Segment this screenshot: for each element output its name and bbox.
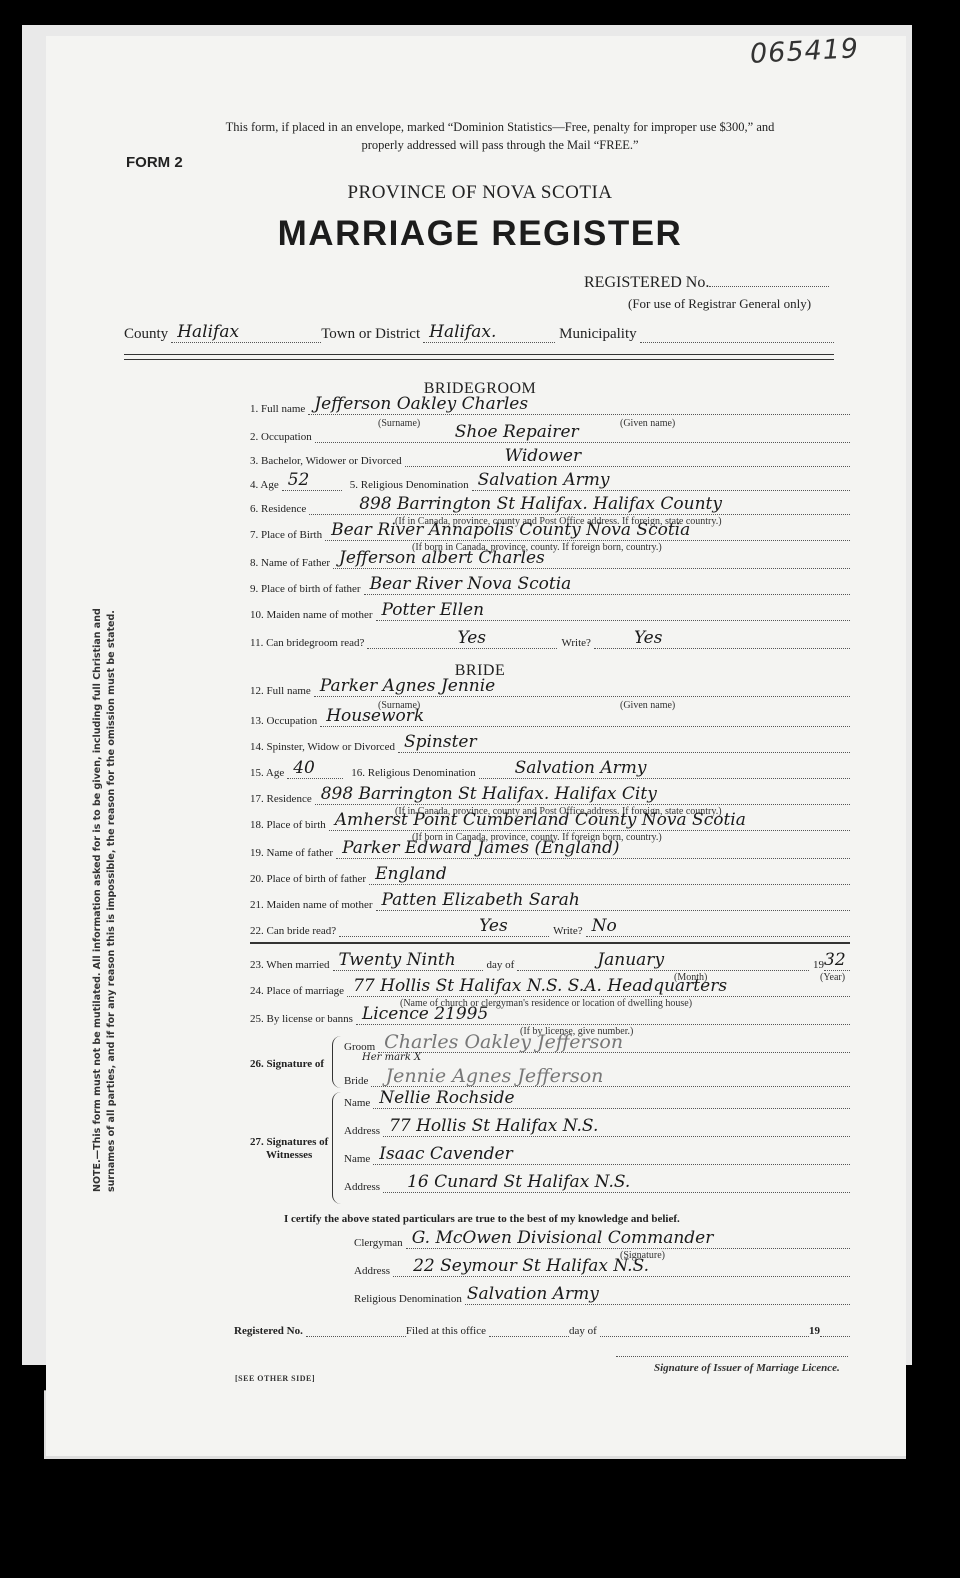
registered-number-label: REGISTERED No. <box>584 274 709 291</box>
groom-full-name-row: 1. Full name Jefferson Oakley Charles <box>250 400 850 415</box>
registered-number-field[interactable] <box>709 286 829 287</box>
bride-father-label: 19. Name of father <box>250 847 336 859</box>
witness-1-name-row: Name Nellie Rochside <box>344 1094 850 1109</box>
clergy-religion-row: Religious Denomination Salvation Army <box>354 1290 850 1305</box>
certification-statement: I certify the above stated particulars a… <box>284 1213 680 1225</box>
witness-2-address-label: Address <box>344 1181 383 1193</box>
bride-write-field[interactable]: No <box>586 922 850 937</box>
groom-father-birthplace-row: 9. Place of birth of father Bear River N… <box>250 580 850 595</box>
groom-occupation-field[interactable]: Shoe Repairer <box>315 428 850 443</box>
bride-read-field[interactable]: Yes <box>339 922 549 937</box>
clergyman-row: Clergyman G. McOwen Divisional Commander <box>354 1234 850 1249</box>
bride-status-label: 14. Spinster, Widow or Divorced <box>250 741 398 753</box>
clergy-address-label: Address <box>354 1265 393 1277</box>
groom-full-name-field[interactable]: Jefferson Oakley Charles <box>308 400 850 415</box>
clergy-religion-field[interactable]: Salvation Army <box>465 1290 850 1305</box>
municipality-field[interactable] <box>640 324 834 343</box>
license-label: 25. By license or banns <box>250 1013 356 1025</box>
registrar-note: (For use of Registrar General only) <box>628 296 811 312</box>
groom-birthplace-field[interactable]: Bear River Annapolis County Nova Scotia <box>325 526 850 541</box>
groom-signature-row: Groom Charles Oakley Jefferson <box>344 1038 850 1053</box>
groom-father-field[interactable]: Jefferson albert Charles <box>333 554 850 569</box>
clergyman-signature-field[interactable]: G. McOwen Divisional Commander <box>406 1234 850 1249</box>
bride-birthplace-field[interactable]: Amherst Point Cumberland County Nova Sco… <box>329 816 850 831</box>
bride-write-label: Write? <box>549 925 585 937</box>
bride-birthplace-label: 18. Place of birth <box>250 819 329 831</box>
see-other-side-note: [SEE OTHER SIDE] <box>235 1374 315 1383</box>
groom-residence-field[interactable]: 898 Barrington St Halifax. Halifax Count… <box>309 500 850 515</box>
bride-given-name-caption: (Given name) <box>620 700 675 711</box>
groom-birthplace-row: 7. Place of Birth Bear River Annapolis C… <box>250 526 850 541</box>
bride-age-label: 15. Age <box>250 767 287 779</box>
bride-signature-field[interactable]: Jennie Agnes Jefferson <box>371 1072 850 1087</box>
filed-label: Filed at this office <box>406 1325 489 1337</box>
bride-father-birthplace-field[interactable]: England <box>369 870 850 885</box>
bride-occupation-row: 13. Occupation Housework <box>250 712 850 727</box>
when-married-label: 23. When married <box>250 959 333 971</box>
county-label: County <box>124 326 171 343</box>
location-row: County Halifax Town or District Halifax.… <box>124 324 834 343</box>
bride-residence-field[interactable]: 898 Barrington St Halifax. Halifax City <box>315 790 850 805</box>
mail-notice-line-1: This form, if placed in an envelope, mar… <box>120 118 880 136</box>
filed-year-field[interactable] <box>820 1322 850 1337</box>
clergyman-label: Clergyman <box>354 1237 406 1249</box>
day-of-label: day of <box>483 959 518 971</box>
bride-mother-label: 21. Maiden name of mother <box>250 899 376 911</box>
groom-read-label: 11. Can bridegroom read? <box>250 637 367 649</box>
groom-age-religion-row: 4. Age 52 5. Religious Denomination Salv… <box>250 476 850 491</box>
groom-father-birthplace-field[interactable]: Bear River Nova Scotia <box>364 580 850 595</box>
groom-literacy-row: 11. Can bridegroom read? Yes Write? Yes <box>250 634 850 649</box>
form-number: FORM 2 <box>126 154 183 171</box>
groom-mother-label: 10. Maiden name of mother <box>250 609 376 621</box>
bride-religion-label: 16. Religious Denomination <box>343 767 478 779</box>
groom-write-field[interactable]: Yes <box>594 634 850 649</box>
groom-status-row: 3. Bachelor, Widower or Divorced Widower <box>250 452 850 467</box>
groom-read-field[interactable]: Yes <box>367 634 557 649</box>
side-note-line-2: surnames of all parties, and if for any … <box>105 552 119 1192</box>
bride-mark-note: Her mark X <box>362 1052 421 1063</box>
bride-section-divider <box>250 942 850 944</box>
groom-signature-field[interactable]: Charles Oakley Jefferson <box>378 1038 850 1053</box>
marriage-month-field[interactable]: January <box>517 956 809 971</box>
groom-father-birthplace-label: 9. Place of birth of father <box>250 583 364 595</box>
office-registered-no-label: Registered No. <box>234 1325 306 1337</box>
witness-1-address-label: Address <box>344 1125 383 1137</box>
bride-full-name-row: 12. Full name Parker Agnes Jennie <box>250 682 850 697</box>
bride-age-religion-row: 15. Age 40 16. Religious Denomination Sa… <box>250 764 850 779</box>
side-note: NOTE.—This form must not be mutilated. A… <box>91 552 119 1192</box>
license-field[interactable]: Licence 21995 <box>356 1010 850 1025</box>
town-field[interactable]: Halifax. <box>423 324 555 343</box>
when-married-row: 23. When married Twenty Ninth day of Jan… <box>250 956 850 971</box>
groom-residence-row: 6. Residence 898 Barrington St Halifax. … <box>250 500 850 515</box>
issuer-signature-field[interactable] <box>616 1356 848 1357</box>
bride-father-birthplace-label: 20. Place of birth of father <box>250 873 369 885</box>
office-day-of-label: day of <box>569 1325 600 1337</box>
witnesses-label: 27. Signatures of Witnesses <box>250 1136 328 1162</box>
witness-2-address-row: Address 16 Cunard St Halifax N.S. <box>344 1178 850 1193</box>
register-number-stamp: 065419 <box>749 33 860 70</box>
bride-full-name-field[interactable]: Parker Agnes Jennie <box>314 682 850 697</box>
signature-of-label: 26. Signature of <box>250 1058 324 1070</box>
witness-1-address-field[interactable]: 77 Hollis St Halifax N.S. <box>383 1122 850 1137</box>
side-note-line-1: NOTE.—This form must not be mutilated. A… <box>91 552 105 1192</box>
groom-residence-label: 6. Residence <box>250 503 309 515</box>
bride-status-row: 14. Spinster, Widow or Divorced Spinster <box>250 738 850 753</box>
groom-mother-row: 10. Maiden name of mother Potter Ellen <box>250 606 850 621</box>
bride-status-field[interactable]: Spinster <box>398 738 850 753</box>
mail-notice: This form, if placed in an envelope, mar… <box>120 118 880 154</box>
groom-father-label: 8. Name of Father <box>250 557 333 569</box>
clergy-address-row: Address 22 Seymour St Halifax N.S. <box>354 1262 850 1277</box>
bride-father-row: 19. Name of father Parker Edward James (… <box>250 844 850 859</box>
page-title: MARRIAGE REGISTER <box>0 214 960 254</box>
witness-2-name-label: Name <box>344 1153 373 1165</box>
filed-day-field[interactable] <box>489 1322 569 1337</box>
groom-age-field[interactable]: 52 <box>282 476 342 491</box>
groom-status-field[interactable]: Widower <box>405 452 850 467</box>
province-heading: PROVINCE OF NOVA SCOTIA <box>0 182 960 204</box>
place-of-marriage-field[interactable]: 77 Hollis St Halifax N.S. S.A. Headquart… <box>347 982 850 997</box>
signature-brace <box>332 1036 341 1088</box>
county-field[interactable]: Halifax <box>171 324 321 343</box>
filed-month-field[interactable] <box>600 1322 809 1337</box>
office-registered-no-field[interactable] <box>306 1322 406 1337</box>
bride-literacy-row: 22. Can bride read? Yes Write? No <box>250 922 850 937</box>
bride-signature-row: Bride Jennie Agnes Jefferson <box>344 1072 850 1087</box>
groom-father-row: 8. Name of Father Jefferson albert Charl… <box>250 554 850 569</box>
witness-1-name-field[interactable]: Nellie Rochside <box>373 1094 850 1109</box>
place-of-marriage-label: 24. Place of marriage <box>250 985 347 997</box>
witness-2-address-field[interactable]: 16 Cunard St Halifax N.S. <box>383 1178 850 1193</box>
groom-status-label: 3. Bachelor, Widower or Divorced <box>250 455 405 467</box>
bride-full-name-label: 12. Full name <box>250 685 314 697</box>
bride-birthplace-row: 18. Place of birth Amherst Point Cumberl… <box>250 816 850 831</box>
groom-religion-field[interactable]: Salvation Army <box>472 476 850 491</box>
bride-residence-label: 17. Residence <box>250 793 315 805</box>
mail-notice-line-2: properly addressed will pass through the… <box>120 136 880 154</box>
clergy-religion-label: Religious Denomination <box>354 1293 465 1305</box>
bride-residence-row: 17. Residence 898 Barrington St Halifax.… <box>250 790 850 805</box>
witness-2-name-row: Name Isaac Cavender <box>344 1150 850 1165</box>
groom-occupation-label: 2. Occupation <box>250 431 315 443</box>
municipality-label: Municipality <box>555 326 640 343</box>
license-row: 25. By license or banns Licence 21995 <box>250 1010 850 1025</box>
bride-mother-row: 21. Maiden name of mother Patten Elizabe… <box>250 896 850 911</box>
groom-write-label: Write? <box>557 637 593 649</box>
bride-father-birthplace-row: 20. Place of birth of father England <box>250 870 850 885</box>
registered-number: REGISTERED No. <box>584 274 829 292</box>
witness-2-name-field[interactable]: Isaac Cavender <box>373 1150 850 1165</box>
place-of-marriage-row: 24. Place of marriage 77 Hollis St Halif… <box>250 982 850 997</box>
groom-occupation-row: 2. Occupation Shoe Repairer <box>250 428 850 443</box>
groom-full-name-label: 1. Full name <box>250 403 308 415</box>
bride-mother-field[interactable]: Patten Elizabeth Sarah <box>376 896 851 911</box>
year-prefix: 19 <box>809 959 824 971</box>
clergy-address-field[interactable]: 22 Seymour St Halifax N.S. <box>393 1262 850 1277</box>
groom-religion-label: 5. Religious Denomination <box>342 479 472 491</box>
bride-religion-field[interactable]: Salvation Army <box>479 764 850 779</box>
witnesses-brace <box>332 1092 341 1204</box>
marriage-day-field[interactable]: Twenty Ninth <box>333 956 483 971</box>
marriage-year-field[interactable]: 32 <box>824 956 850 971</box>
bride-occupation-field[interactable]: Housework <box>320 712 850 727</box>
header-divider <box>124 354 834 360</box>
bride-occupation-label: 13. Occupation <box>250 715 320 727</box>
issuer-signature-caption: Signature of Issuer of Marriage Licence. <box>654 1362 840 1374</box>
bride-signature-label: Bride <box>344 1075 371 1087</box>
office-filing-row: Registered No. Filed at this office day … <box>234 1322 850 1337</box>
groom-mother-field[interactable]: Potter Ellen <box>376 606 851 621</box>
groom-birthplace-label: 7. Place of Birth <box>250 529 325 541</box>
witness-1-name-label: Name <box>344 1097 373 1109</box>
bride-father-field[interactable]: Parker Edward James (England) <box>336 844 850 859</box>
bride-age-field[interactable]: 40 <box>287 764 343 779</box>
town-label: Town or District <box>321 326 423 343</box>
bride-read-label: 22. Can bride read? <box>250 925 339 937</box>
groom-age-label: 4. Age <box>250 479 282 491</box>
witness-1-address-row: Address 77 Hollis St Halifax N.S. <box>344 1122 850 1137</box>
office-year-prefix: 19 <box>809 1325 820 1337</box>
